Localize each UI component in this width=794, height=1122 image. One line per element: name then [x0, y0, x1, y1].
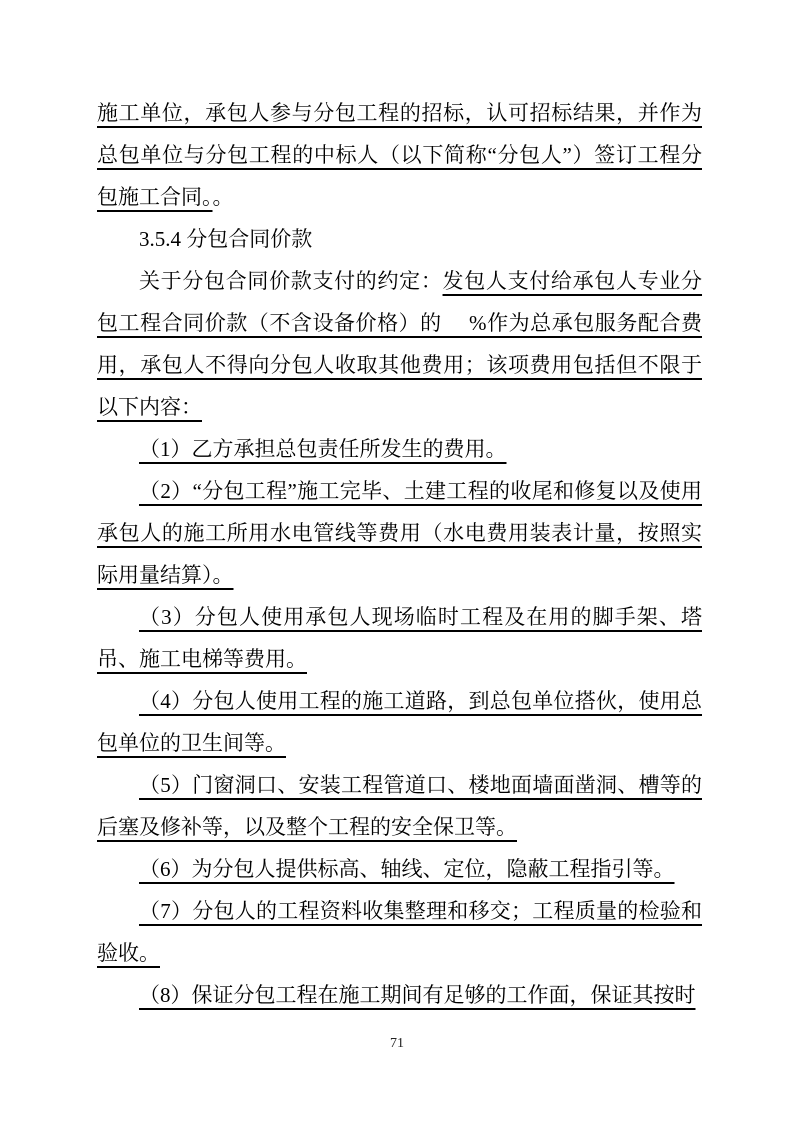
item-4-segment-1: （4）分包人使用工程的施工道路，到总包单位搭伙，使用总包单位的卫生间等。	[97, 689, 702, 755]
item-6: （6）为分包人提供标高、轴线、定位，隐蔽工程指引等。	[97, 848, 702, 890]
item-4: （4）分包人使用工程的施工道路，到总包单位搭伙，使用总包单位的卫生间等。	[97, 680, 702, 764]
heading-3-5-4: 3.5.4 分包合同价款	[97, 218, 702, 260]
item-8: （8）保证分包工程在施工期间有足够的工作面，保证其按时	[97, 974, 702, 1016]
item-5-segment-1: （5）门窗洞口、安装工程管道口、楼地面墙面凿洞、槽等的后塞及修补等，以及整个工程…	[97, 773, 702, 839]
page-number: 71	[390, 1036, 404, 1051]
item-5: （5）门窗洞口、安装工程管道口、楼地面墙面凿洞、槽等的后塞及修补等，以及整个工程…	[97, 764, 702, 848]
page-footer: 71	[0, 1034, 794, 1054]
item-7: （7）分包人的工程资料收集整理和移交；工程质量的检验和验收。	[97, 890, 702, 974]
item-2: （2）“分包工程”施工完毕、土建工程的收尾和修复以及使用承包人的施工所用水电管线…	[97, 470, 702, 596]
item-6-segment-1: （6）为分包人提供标高、轴线、定位，隐蔽工程指引等。	[139, 857, 675, 881]
document-page: 施工单位，承包人参与分包工程的招标，认可招标结果，并作为总包单位与分包工程的中标…	[0, 0, 794, 1122]
item-1: （1）乙方承担总包责任所发生的费用。	[97, 428, 702, 470]
item-1-segment-1: （1）乙方承担总包责任所发生的费用。	[139, 437, 507, 461]
para-continuation-segment-2: 。	[213, 185, 234, 209]
para-continuation-segment-1: 施工单位，承包人参与分包工程的招标，认可招标结果，并作为总包单位与分包工程的中标…	[97, 101, 702, 209]
document-body: 施工单位，承包人参与分包工程的招标，认可招标结果，并作为总包单位与分包工程的中标…	[97, 92, 702, 1016]
para-continuation: 施工单位，承包人参与分包工程的招标，认可招标结果，并作为总包单位与分包工程的中标…	[97, 92, 702, 218]
item-3: （3）分包人使用承包人现场临时工程及在用的脚手架、塔吊、施工电梯等费用。	[97, 596, 702, 680]
item-2-segment-1: （2）“分包工程”施工完毕、土建工程的收尾和修复以及使用承包人的施工所用水电管线…	[97, 479, 702, 587]
item-7-segment-1: （7）分包人的工程资料收集整理和移交；工程质量的检验和验收。	[97, 899, 702, 965]
item-8-segment-1: （8）保证分包工程在施工期间有足够的工作面，保证其按时	[139, 983, 696, 1007]
item-3-segment-1: （3）分包人使用承包人现场临时工程及在用的脚手架、塔吊、施工电梯等费用。	[97, 605, 702, 671]
heading-3-5-4-segment-1: 3.5.4 分包合同价款	[139, 227, 312, 251]
para-payment-agreement-segment-1: 关于分包合同价款支付的约定：	[139, 269, 443, 293]
para-payment-agreement: 关于分包合同价款支付的约定：发包人支付给承包人专业分包工程合同价款（不含设备价格…	[97, 260, 702, 428]
